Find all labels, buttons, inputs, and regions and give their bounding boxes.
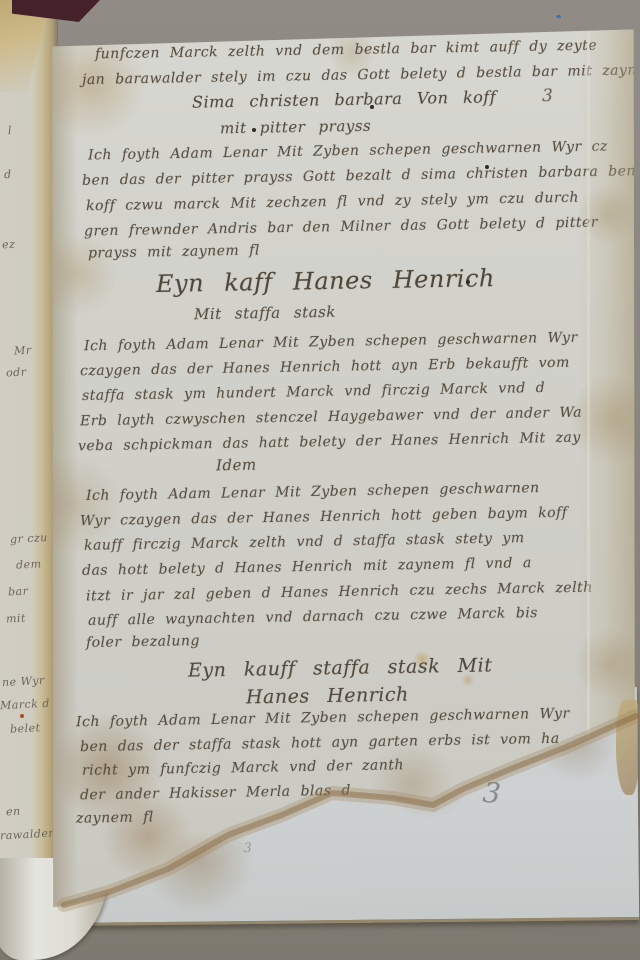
manuscript-line: der ander Hakisser Merla blas d	[80, 783, 351, 804]
entry-heading: Eyn kaff Hanes Henrich	[156, 264, 495, 298]
entry-heading: Eyn kauff staffa stask Mit	[188, 654, 493, 681]
manuscript-line: foler bezalung	[86, 633, 200, 651]
manuscript-line: itzt ir jar zal geben d Hanes Henrich cz…	[86, 580, 593, 605]
page-number: 3	[542, 86, 554, 106]
fragment-text: d	[4, 168, 12, 181]
entry-subheading: Mit staffa stask	[194, 303, 336, 323]
fragment-text: l	[8, 124, 13, 137]
manuscript-line: staffa stask ym hundert Marck vnd firczi…	[82, 380, 545, 404]
entry-heading: Hanes Henrich	[246, 684, 409, 709]
facing-page-edge: l d ez Mr odr gr czu dem bar mit ne Wyr …	[0, 16, 58, 858]
entry-subheading: Idem	[216, 456, 257, 475]
manuscript-line: richt ym funfczig Marck vnd der zanth	[82, 757, 404, 779]
manuscript-line: prayss mit zaynem fl	[88, 243, 260, 262]
fragment-text: dem	[16, 557, 42, 571]
red-ink-speck	[20, 714, 24, 718]
fragment-text: Mr	[14, 344, 32, 358]
photo-backdrop: 3 3 l d ez Mr odr gr czu dem bar mit ne …	[0, 0, 640, 960]
entry-heading: Sima christen barbara Von koff	[192, 87, 496, 111]
pencil-folio-number: 3	[481, 776, 502, 811]
manuscript-line: Erb layth czwyschen stenczel Haygebawer …	[80, 405, 582, 430]
manuscript-line: das hott belety d Hanes Henrich mit zayn…	[82, 555, 532, 579]
manuscript-line: funfczen Marck zelth vnd dem bestla bar …	[95, 38, 597, 63]
faint-corner-mark: 3	[243, 841, 251, 856]
entry-subheading: mit pitter prayss	[220, 117, 371, 138]
manuscript-line: veba schpickman das hatt belety der Hane…	[78, 430, 581, 455]
fragment-text: en	[6, 805, 21, 819]
manuscript-line: Ich foyth Adam Lenar Mit Zyben schepen g…	[76, 706, 570, 731]
manuscript-line: jan barawalder stely im czu das Gott bel…	[82, 62, 640, 88]
ink-dot	[370, 105, 374, 109]
fragment-text: ez	[2, 238, 16, 252]
manuscript-line: czaygen das der Hanes Henrich hott ayn E…	[80, 355, 570, 380]
fragment-text: mit	[6, 611, 27, 625]
ink-dot	[466, 280, 470, 284]
fragment-text: bar	[8, 584, 29, 598]
torn-edge-remnant	[616, 700, 638, 795]
fragment-text: belet	[10, 721, 41, 736]
manuscript-line: ben das der pitter prayss Gott bezalt d …	[82, 163, 636, 189]
manuscript-line: Ich foyth Adam Lenar Mit Zyben schepen g…	[86, 480, 540, 504]
fragment-text: gr czu	[10, 531, 48, 546]
manuscript-line: Wyr czaygen das der Hanes Henrich hott g…	[80, 505, 568, 530]
ink-dot	[485, 165, 489, 169]
ink-dot	[252, 128, 256, 132]
fragment-text: ne Wyr	[2, 674, 45, 689]
fragment-text: Marck d	[0, 697, 50, 713]
fragment-text: odr	[6, 365, 27, 379]
fragment-text: rawalder	[0, 827, 54, 843]
manuscript-line: ben das der staffa stask hott ayn garten…	[80, 731, 560, 755]
manuscript-line: auff alle waynachten vnd darnach czu czw…	[88, 605, 538, 629]
manuscript-line: Ich foyth Adam Lenar Mit Zyben schepen g…	[84, 330, 578, 355]
manuscript-line: Ich foyth Adam Lenar Mit Zyben schepen g…	[88, 138, 608, 163]
blue-ink-speck	[556, 15, 561, 18]
manuscript-line: zaynem fl	[76, 809, 154, 826]
manuscript-line: koff czwu marck Mit zechzen fl vnd zy st…	[86, 190, 579, 215]
manuscript-line: kauff firczig Marck zelth vnd d staffa s…	[84, 530, 525, 554]
manuscript-line: gren frewnder Andris bar den Milner das …	[84, 215, 598, 240]
